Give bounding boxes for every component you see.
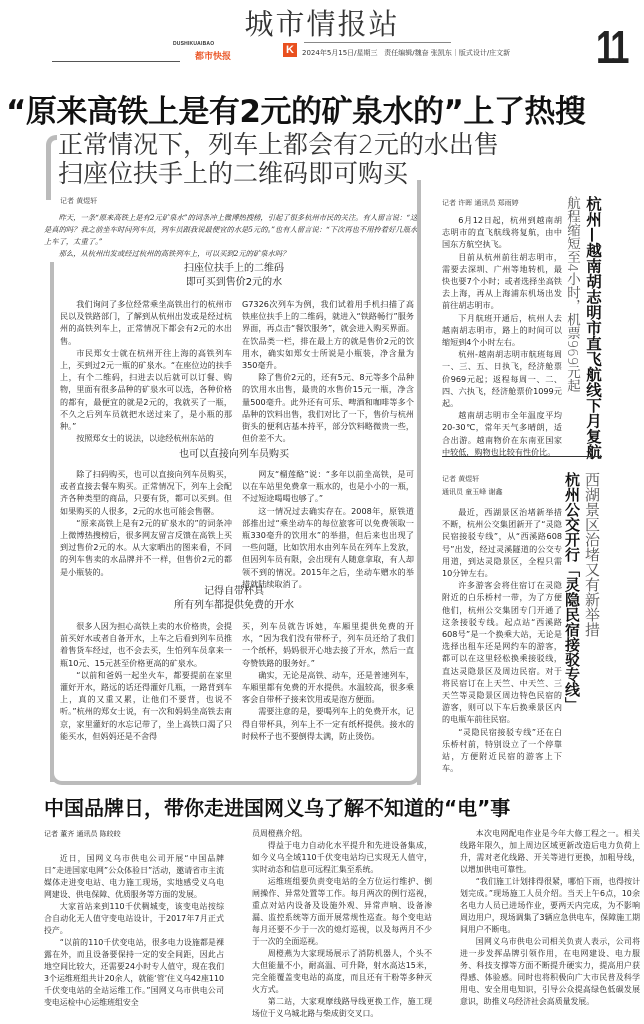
feature-box-right-border — [417, 180, 421, 785]
paragraph: 除了售价2元的，还有5元、8元等多个品种的饮用水出售，最贵的水售价15元一瓶，净… — [242, 371, 414, 444]
paragraph: 近日，国网义乌市供电公司开展“中国品牌日”走进国家电网”公众体验日”活动，邀请省… — [44, 853, 224, 901]
column-left: 我们询问了多位经常乘坐高铁出行的杭州市民以及铁路部门，了解到从杭州出发或是经过杭… — [60, 298, 232, 444]
paragraph: “原来高铁上是有2元的矿泉水的”的词条冲上微博热搜榜后，很多网友留言反馈在高铁上… — [60, 517, 232, 578]
paragraph: “我们施工计划排得很紧，哪怕下雨，也得按计划完成。”现场施工人员介绍。当天上午6… — [460, 876, 640, 936]
paragraph: 运维班组要负责变电站的全方位运行维护、倒闸操作、异常处置等工作。每月两次的例行巡… — [252, 876, 432, 948]
column-right: 网友“榴莲酪”说：“多年以前坐高铁，是可以在车站里免费拿一瓶水的，也是小小的一瓶… — [242, 468, 414, 590]
lead-paragraph: 那么，从杭州出发或经过杭州的高铁列车上，可以买到2元的矿泉水吗？ — [44, 248, 424, 260]
paragraph: 这一情况过去确实存在。2008年，原铁道部推出过“乘坐动车的每位旅客可以免费领取… — [242, 505, 414, 590]
paragraph: 周橙燕为大家现场展示了消防机器人，个头不大但能量不小，耐高温、可升降，射水高达1… — [252, 948, 432, 996]
section-heading: 扫座位扶手上的二维码 即可买到售价2元的水 — [54, 262, 414, 290]
article-divider — [442, 456, 602, 457]
paragraph: 得益于电力自动化水平提升和先进设备集成，如今义乌全域110千伏变电站均已实现无人… — [252, 840, 432, 876]
subhead-line: 正常情况下，列车上都会有2元的水出售 — [58, 130, 499, 159]
bus-title: 杭州公交开行「灵隐民宿接驳专线」 — [563, 472, 580, 712]
subhead-bracket-decoration — [46, 135, 57, 200]
brand-logo-icon: K — [283, 43, 297, 57]
paragraph: 市民郑女士就在杭州开往上海的高铁列车上，买到过2元一瓶的矿泉水。“在座位边的扶手… — [60, 347, 232, 432]
paragraph: 网友“榴莲酪”说：“多年以前坐高铁，是可以在车站里免费拿一瓶水的，也是小小的一瓶… — [242, 468, 414, 505]
masthead-rule-left — [52, 61, 180, 62]
bus-byline: 记者 黄煜轩 通讯员 童玉峰 谢鑫 — [442, 473, 502, 499]
paragraph: 最近，西湖景区治堵新举措不断，杭州公交集团新开了“灵隐民宿接驳专线”，从“西溪路… — [442, 506, 562, 579]
brand-pinyin: DUSHIKUAIBAO — [173, 41, 214, 47]
paragraph: G7326次列车为例，我们试着用手机扫描了高铁座位扶手上的二维码，就进入“铁路畅… — [242, 298, 414, 371]
subhead-line: 扫座位扶手上的二维码即可购买 — [58, 159, 499, 188]
power-columns: 记者 董齐 通讯员 陈皎皎 近日，国网义乌市供电公司开展“中国品牌日”走进国家电… — [44, 828, 640, 1020]
flight-title: 杭州—越南胡志明市直飞航线下月复航 — [584, 196, 601, 460]
paragraph: 大家首站来到110千伏稠城变，该变电站按综合自动化无人值守变电站设计，于2017… — [44, 901, 224, 937]
paragraph: 6月12日起，杭州到越南胡志明市的直飞航线将复航，由中国东方航空执飞。 — [442, 214, 562, 251]
column-left: 除了扫码购买，也可以直接向列车员购买，或者直接去餐车购买。正常情况下，列车上会配… — [60, 468, 232, 590]
paragraph: 国网义乌市供电公司相关负责人表示，公司将进一步发挥品牌引领作用，在电网建设、电力… — [460, 936, 640, 1008]
main-subhead: 正常情况下，列车上都会有2元的水出售 扫座位扶手上的二维码即可购买 — [58, 130, 499, 188]
paragraph: 越南胡志明市全年温度平均20-30℃，常年天气多晴朗，适合出游。越南物价在东南亚… — [442, 409, 562, 458]
brand-name: 都市快报 — [195, 49, 231, 62]
section-title: 城市情报站 — [0, 2, 644, 43]
paragraph: 第二站，大家观摩线路导线更换工作，施工现场位于义乌城北路与柴成街交叉口。 — [252, 996, 432, 1020]
paragraph: 我们询问了多位经常乘坐高铁出行的杭州市民以及铁路部门，了解到从杭州出发或是经过杭… — [60, 298, 232, 347]
column-left: 很多人因为担心高铁上卖的水价格贵，会提前买好水或者自备开水，上车之后看到列车员推… — [60, 620, 232, 742]
paragraph: 目前从杭州前往胡志明市，需要去深圳、广州等地转机，最快也要7个小时；或者选择坐高… — [442, 251, 562, 312]
power-headline: 中国品牌日，带你走进国网义乌了解不知道的“电”事 — [44, 792, 510, 821]
column-1: 记者 董齐 通讯员 陈皎皎 近日，国网义乌市供电公司开展“中国品牌日”走进国家电… — [44, 828, 224, 1020]
feature-box-bottom-border — [50, 760, 421, 785]
paragraph: 按照郑女士的说法，以途经杭州东站的 — [60, 432, 232, 444]
paragraph: 需要注意的是，要喝列车上的免费开水，记得自带杯具，列车上不一定有纸杯提供。接水的… — [242, 705, 414, 742]
paragraph: 下月航班开通后，杭州人去越南胡志明市，路上的时间可以缩短到4个小时左右。 — [442, 312, 562, 349]
bus-body: 最近，西湖景区治堵新举措不断，杭州公交集团新开了“灵隐民宿接驳专线”，从“西溪路… — [442, 506, 562, 774]
issue-meta: 2024年5月15日/星期三 责任编辑/魏奋 张凯东｜版式设计/庄文新 — [302, 48, 510, 58]
paragraph: 确实，无论是高铁、动车，还是普速列车，车厢里都有免费的开水提供。水温较高，很多乘… — [242, 669, 414, 706]
lead-paragraph: 昨天，一条“原来高铁上是有2元矿泉水”的词条冲上微博热搜榜，引起了很多杭州市民的… — [44, 212, 424, 248]
flight-byline: 记者 许晖 通讯员 郑雨婷 — [442, 198, 519, 208]
paragraph: 买，列车员就告诉她，车厢里提供免费的开水，“因为我们没有带杯子，列车员还给了我们… — [242, 620, 414, 669]
paragraph: “以前的110千伏变电站，很多电力设施都是裸露在外，而且设备要保持一定的安全间距… — [44, 937, 224, 1009]
feature-box-left-border — [50, 262, 54, 782]
section-heading: 也可以直接向列车员购买 — [54, 448, 414, 462]
paragraph: “以前和爸妈一起坐火车，都要提前在家里灌好开水，路远的话还得灌好几瓶，一路背到车… — [60, 669, 232, 742]
paragraph: 本次电网配电作业是今年大修工程之一。相关线路年限久，加上周边区域更新改造后电力负… — [460, 828, 640, 876]
paragraph: “灵隐民宿接驳专线”还在白乐桥村前，特别设立了一个停靠站，方便附近民宿的游客上下… — [442, 726, 562, 775]
issue-date: 2024年5月15日/星期三 — [302, 49, 378, 57]
section-heading: 记得自带杯具 所有列车都提供免费的开水 — [54, 585, 414, 613]
section-columns: 很多人因为担心高铁上卖的水价格贵，会提前买好水或者自备开水，上车之后看到列车员推… — [60, 620, 414, 742]
paragraph: 很多人因为担心高铁上卖的水价格贵，会提前买好水或者自备开水，上车之后看到列车员推… — [60, 620, 232, 669]
page-number: 11 — [596, 20, 626, 74]
paragraph: 员周橙燕介绍。 — [252, 828, 432, 840]
section-columns: 我们询问了多位经常乘坐高铁出行的杭州市民以及铁路部门，了解到从杭州出发或是经过杭… — [60, 298, 414, 444]
masthead-rule-right — [304, 42, 451, 43]
main-lead: 昨天，一条“原来高铁上是有2元矿泉水”的词条冲上微博热搜榜，引起了很多杭州市民的… — [44, 212, 424, 260]
column-2: 员周橙燕介绍。 得益于电力自动化水平提升和先进设备集成，如今义乌全域110千伏变… — [252, 828, 432, 1020]
section-columns: 除了扫码购买，也可以直接向列车员购买，或者直接去餐车购买。正常情况下，列车上会配… — [60, 468, 414, 590]
main-byline: 记者 黄煜轩 — [60, 196, 97, 206]
paragraph: 除了扫码购买，也可以直接向列车员购买，或者直接去餐车购买。正常情况下，列车上会配… — [60, 468, 232, 517]
column-3: 本次电网配电作业是今年大修工程之一。相关线路年限久，加上周边区域更新改造后电力负… — [460, 828, 640, 1020]
editor-credits: 责任编辑/魏奋 张凯东｜版式设计/庄文新 — [384, 49, 510, 57]
column-right: G7326次列车为例，我们试着用手机扫描了高铁座位扶手上的二维码，就进入“铁路畅… — [242, 298, 414, 444]
paragraph: 许多游客会将住宿订在灵隐附近的白乐桥村一带，为了方便他们，杭州公交集团专门开通了… — [442, 579, 562, 725]
column-right: 买，列车员就告诉她，车厢里提供免费的开水，“因为我们没有带杯子，列车员还给了我们… — [242, 620, 414, 742]
power-byline: 记者 董齐 通讯员 陈皎皎 — [44, 828, 224, 840]
paragraph: 杭州-越南胡志明市航班每周一、三、五、日执飞，经济舱票价969元起；返程每周一、… — [442, 348, 562, 409]
bus-subtitle: 西湖景区治堵又有新举措 — [583, 472, 600, 637]
main-headline: “原来高铁上是有2元的矿泉水的”上了热搜 — [6, 86, 585, 131]
flight-body: 6月12日起，杭州到越南胡志明市的直飞航线将复航，由中国东方航空执飞。 目前从杭… — [442, 214, 562, 458]
flight-subtitle: 航程缩短至4小时，机票969元起 — [563, 196, 580, 392]
